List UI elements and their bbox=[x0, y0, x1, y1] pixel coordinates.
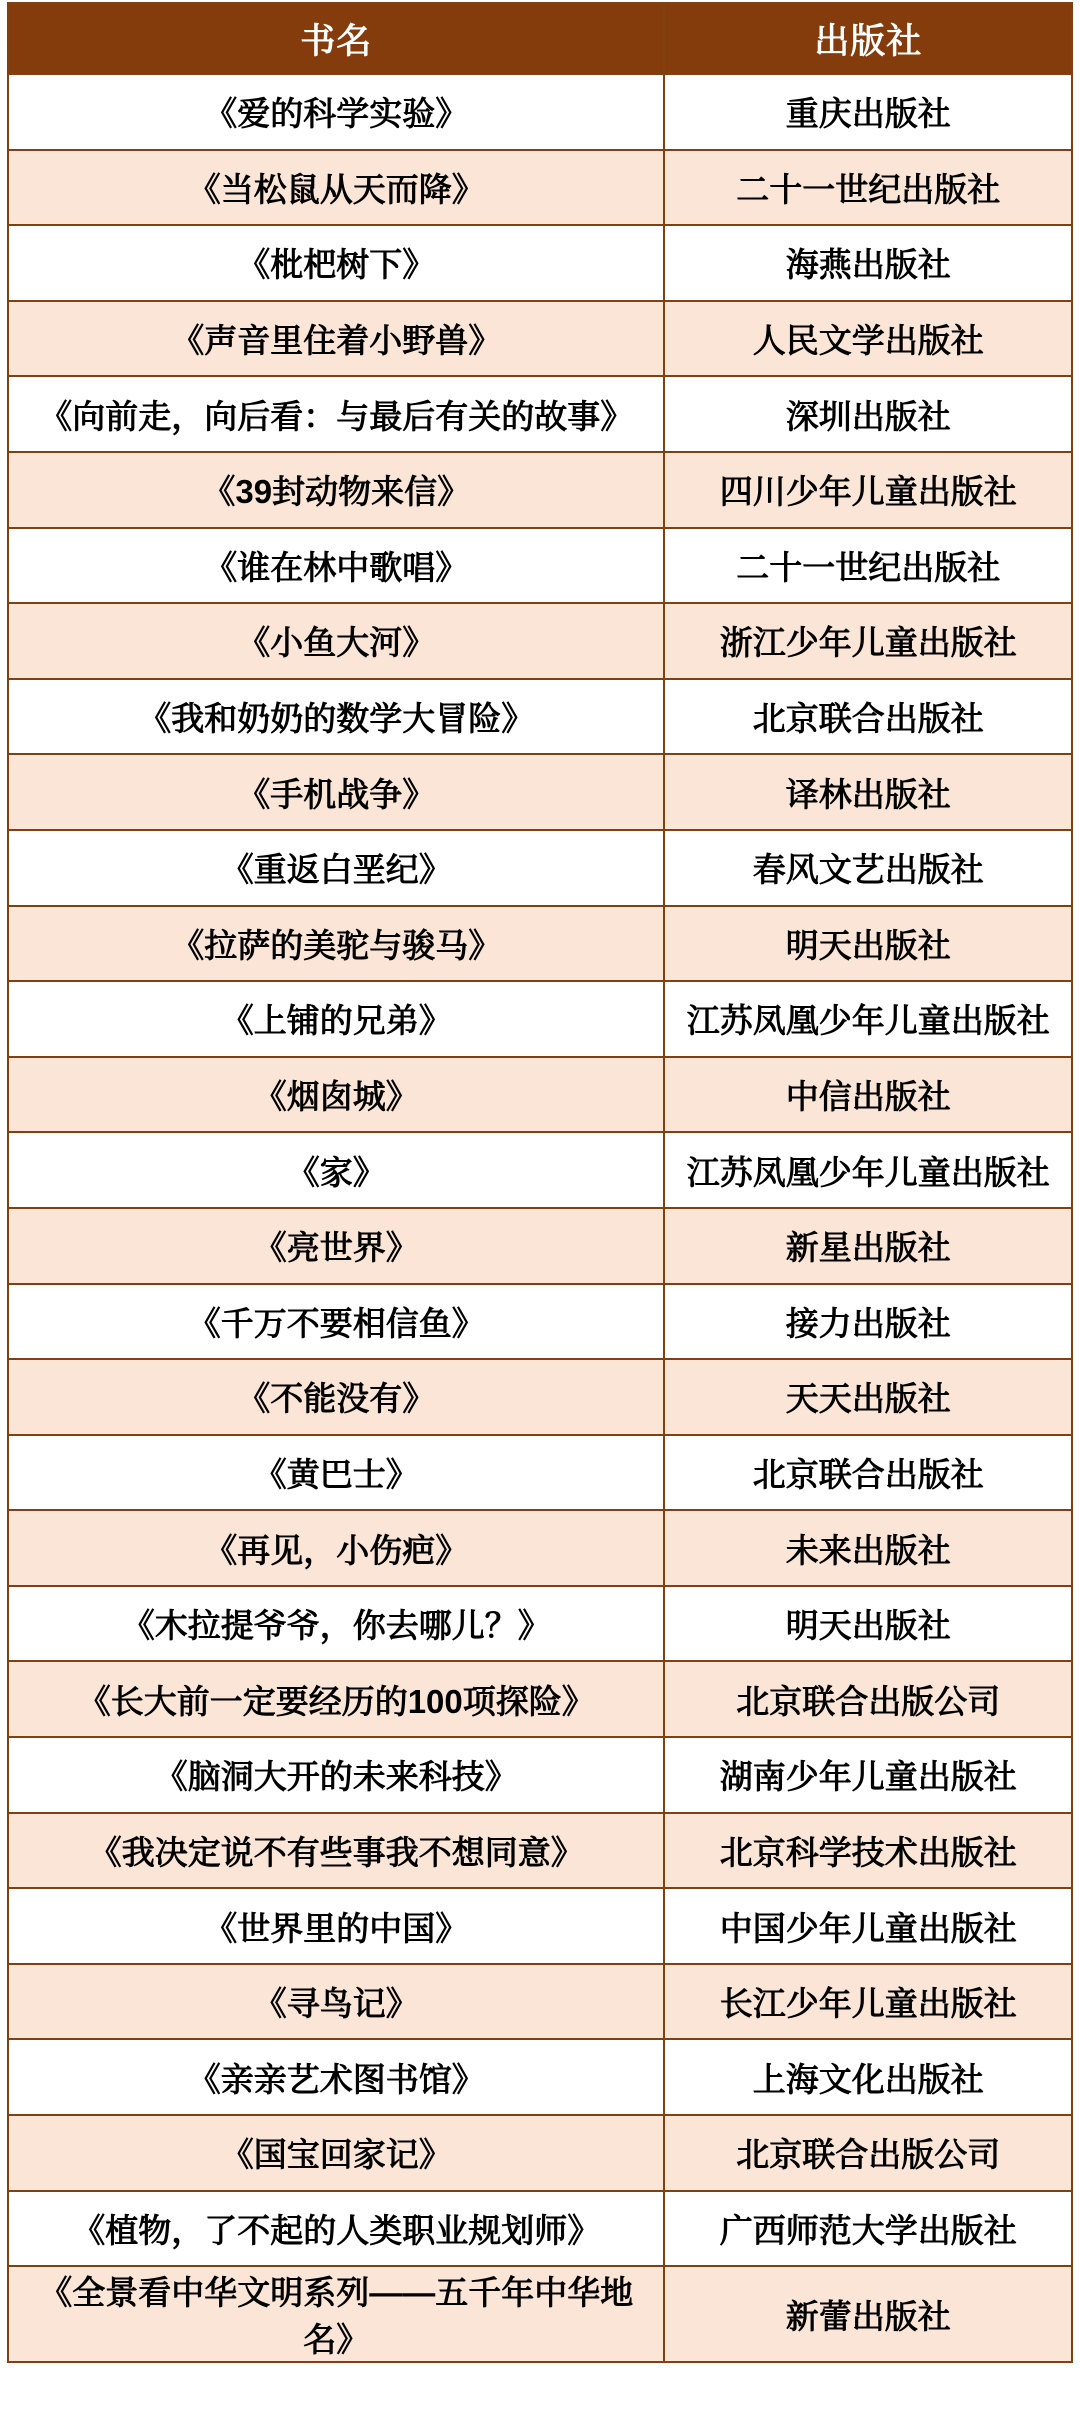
publisher-cell: 明天出版社 bbox=[664, 1586, 1072, 1662]
book-title-cell: 《我和奶奶的数学大冒险》 bbox=[8, 679, 664, 755]
publisher-cell: 重庆出版社 bbox=[664, 74, 1072, 150]
table-header: 书名 出版社 bbox=[8, 3, 1072, 74]
book-title-cell: 《全景看中华文明系列——五千年中华地名》 bbox=[8, 2266, 664, 2362]
book-title-cell: 《向前走，向后看：与最后有关的故事》 bbox=[8, 376, 664, 452]
publisher-cell: 四川少年儿童出版社 bbox=[664, 452, 1072, 528]
table-row: 《脑洞大开的未来科技》湖南少年儿童出版社 bbox=[8, 1737, 1072, 1813]
publisher-cell: 译林出版社 bbox=[664, 754, 1072, 830]
book-title-cell: 《植物，了不起的人类职业规划师》 bbox=[8, 2191, 664, 2267]
table-row: 《谁在林中歌唱》二十一世纪出版社 bbox=[8, 528, 1072, 604]
book-title-cell: 《上铺的兄弟》 bbox=[8, 981, 664, 1057]
publisher-cell: 未来出版社 bbox=[664, 1510, 1072, 1586]
book-title-cell: 《小鱼大河》 bbox=[8, 603, 664, 679]
book-title-cell: 《不能没有》 bbox=[8, 1359, 664, 1435]
publisher-cell: 江苏凤凰少年儿童出版社 bbox=[664, 1132, 1072, 1208]
publisher-cell: 二十一世纪出版社 bbox=[664, 528, 1072, 604]
book-title-cell: 《39封动物来信》 bbox=[8, 452, 664, 528]
book-title-cell: 《拉萨的美驼与骏马》 bbox=[8, 906, 664, 982]
page-root: 书名 出版社 《爱的科学实验》重庆出版社《当松鼠从天而降》二十一世纪出版社《枇杷… bbox=[0, 0, 1080, 2419]
table-row: 《烟囱城》中信出版社 bbox=[8, 1057, 1072, 1133]
publisher-cell: 新蕾出版社 bbox=[664, 2266, 1072, 2362]
header-row: 书名 出版社 bbox=[8, 3, 1072, 74]
table-row: 《声音里住着小野兽》人民文学出版社 bbox=[8, 301, 1072, 377]
table-row: 《39封动物来信》四川少年儿童出版社 bbox=[8, 452, 1072, 528]
publisher-cell: 新星出版社 bbox=[664, 1208, 1072, 1284]
table-row: 《不能没有》天天出版社 bbox=[8, 1359, 1072, 1435]
publisher-cell: 北京科学技术出版社 bbox=[664, 1813, 1072, 1889]
table-row: 《拉萨的美驼与骏马》明天出版社 bbox=[8, 906, 1072, 982]
publisher-cell: 北京联合出版社 bbox=[664, 679, 1072, 755]
table-row: 《我和奶奶的数学大冒险》北京联合出版社 bbox=[8, 679, 1072, 755]
table-row: 《手机战争》译林出版社 bbox=[8, 754, 1072, 830]
book-title-cell: 《家》 bbox=[8, 1132, 664, 1208]
table-row: 《家》江苏凤凰少年儿童出版社 bbox=[8, 1132, 1072, 1208]
book-title-cell: 《烟囱城》 bbox=[8, 1057, 664, 1133]
table-row: 《全景看中华文明系列——五千年中华地名》新蕾出版社 bbox=[8, 2266, 1072, 2362]
table-row: 《黄巴士》北京联合出版社 bbox=[8, 1435, 1072, 1511]
table-row: 《亮世界》新星出版社 bbox=[8, 1208, 1072, 1284]
book-title-cell: 《长大前一定要经历的100项探险》 bbox=[8, 1661, 664, 1737]
table-row: 《当松鼠从天而降》二十一世纪出版社 bbox=[8, 150, 1072, 226]
publisher-cell: 广西师范大学出版社 bbox=[664, 2191, 1072, 2267]
table-row: 《长大前一定要经历的100项探险》北京联合出版公司 bbox=[8, 1661, 1072, 1737]
book-title-cell: 《亮世界》 bbox=[8, 1208, 664, 1284]
book-title-cell: 《再见，小伤疤》 bbox=[8, 1510, 664, 1586]
book-title-cell: 《寻鸟记》 bbox=[8, 1964, 664, 2040]
column-header-book-title: 书名 bbox=[8, 3, 664, 74]
book-title-cell: 《谁在林中歌唱》 bbox=[8, 528, 664, 604]
publisher-cell: 海燕出版社 bbox=[664, 225, 1072, 301]
publisher-cell: 中国少年儿童出版社 bbox=[664, 1888, 1072, 1964]
table-row: 《再见，小伤疤》未来出版社 bbox=[8, 1510, 1072, 1586]
table-row: 《亲亲艺术图书馆》上海文化出版社 bbox=[8, 2039, 1072, 2115]
publisher-cell: 江苏凤凰少年儿童出版社 bbox=[664, 981, 1072, 1057]
publisher-cell: 北京联合出版公司 bbox=[664, 2115, 1072, 2191]
book-title-cell: 《爱的科学实验》 bbox=[8, 74, 664, 150]
book-title-cell: 《当松鼠从天而降》 bbox=[8, 150, 664, 226]
publisher-cell: 浙江少年儿童出版社 bbox=[664, 603, 1072, 679]
table-row: 《寻鸟记》长江少年儿童出版社 bbox=[8, 1964, 1072, 2040]
table-row: 《小鱼大河》浙江少年儿童出版社 bbox=[8, 603, 1072, 679]
book-title-cell: 《木拉提爷爷，你去哪儿？》 bbox=[8, 1586, 664, 1662]
table-row: 《枇杷树下》海燕出版社 bbox=[8, 225, 1072, 301]
publisher-cell: 上海文化出版社 bbox=[664, 2039, 1072, 2115]
table-row: 《上铺的兄弟》江苏凤凰少年儿童出版社 bbox=[8, 981, 1072, 1057]
table-body: 《爱的科学实验》重庆出版社《当松鼠从天而降》二十一世纪出版社《枇杷树下》海燕出版… bbox=[8, 74, 1072, 2362]
book-title-cell: 《手机战争》 bbox=[8, 754, 664, 830]
publisher-cell: 春风文艺出版社 bbox=[664, 830, 1072, 906]
book-title-cell: 《世界里的中国》 bbox=[8, 1888, 664, 1964]
table-row: 《国宝回家记》北京联合出版公司 bbox=[8, 2115, 1072, 2191]
book-title-cell: 《声音里住着小野兽》 bbox=[8, 301, 664, 377]
table-row: 《千万不要相信鱼》接力出版社 bbox=[8, 1284, 1072, 1360]
book-title-cell: 《亲亲艺术图书馆》 bbox=[8, 2039, 664, 2115]
table-row: 《木拉提爷爷，你去哪儿？》明天出版社 bbox=[8, 1586, 1072, 1662]
book-title-cell: 《重返白垩纪》 bbox=[8, 830, 664, 906]
publisher-cell: 明天出版社 bbox=[664, 906, 1072, 982]
books-table: 书名 出版社 《爱的科学实验》重庆出版社《当松鼠从天而降》二十一世纪出版社《枇杷… bbox=[7, 2, 1073, 2363]
publisher-cell: 中信出版社 bbox=[664, 1057, 1072, 1133]
table-row: 《世界里的中国》中国少年儿童出版社 bbox=[8, 1888, 1072, 1964]
book-title-cell: 《我决定说不有些事我不想同意》 bbox=[8, 1813, 664, 1889]
publisher-cell: 人民文学出版社 bbox=[664, 301, 1072, 377]
book-title-cell: 《千万不要相信鱼》 bbox=[8, 1284, 664, 1360]
publisher-cell: 长江少年儿童出版社 bbox=[664, 1964, 1072, 2040]
publisher-cell: 北京联合出版社 bbox=[664, 1435, 1072, 1511]
column-header-publisher: 出版社 bbox=[664, 3, 1072, 74]
book-title-cell: 《枇杷树下》 bbox=[8, 225, 664, 301]
book-title-cell: 《国宝回家记》 bbox=[8, 2115, 664, 2191]
table-row: 《爱的科学实验》重庆出版社 bbox=[8, 74, 1072, 150]
publisher-cell: 二十一世纪出版社 bbox=[664, 150, 1072, 226]
table-row: 《重返白垩纪》春风文艺出版社 bbox=[8, 830, 1072, 906]
book-title-cell: 《黄巴士》 bbox=[8, 1435, 664, 1511]
publisher-cell: 深圳出版社 bbox=[664, 376, 1072, 452]
publisher-cell: 湖南少年儿童出版社 bbox=[664, 1737, 1072, 1813]
publisher-cell: 天天出版社 bbox=[664, 1359, 1072, 1435]
book-title-cell: 《脑洞大开的未来科技》 bbox=[8, 1737, 664, 1813]
table-row: 《植物，了不起的人类职业规划师》广西师范大学出版社 bbox=[8, 2191, 1072, 2267]
table-row: 《向前走，向后看：与最后有关的故事》深圳出版社 bbox=[8, 376, 1072, 452]
table-row: 《我决定说不有些事我不想同意》北京科学技术出版社 bbox=[8, 1813, 1072, 1889]
publisher-cell: 接力出版社 bbox=[664, 1284, 1072, 1360]
publisher-cell: 北京联合出版公司 bbox=[664, 1661, 1072, 1737]
